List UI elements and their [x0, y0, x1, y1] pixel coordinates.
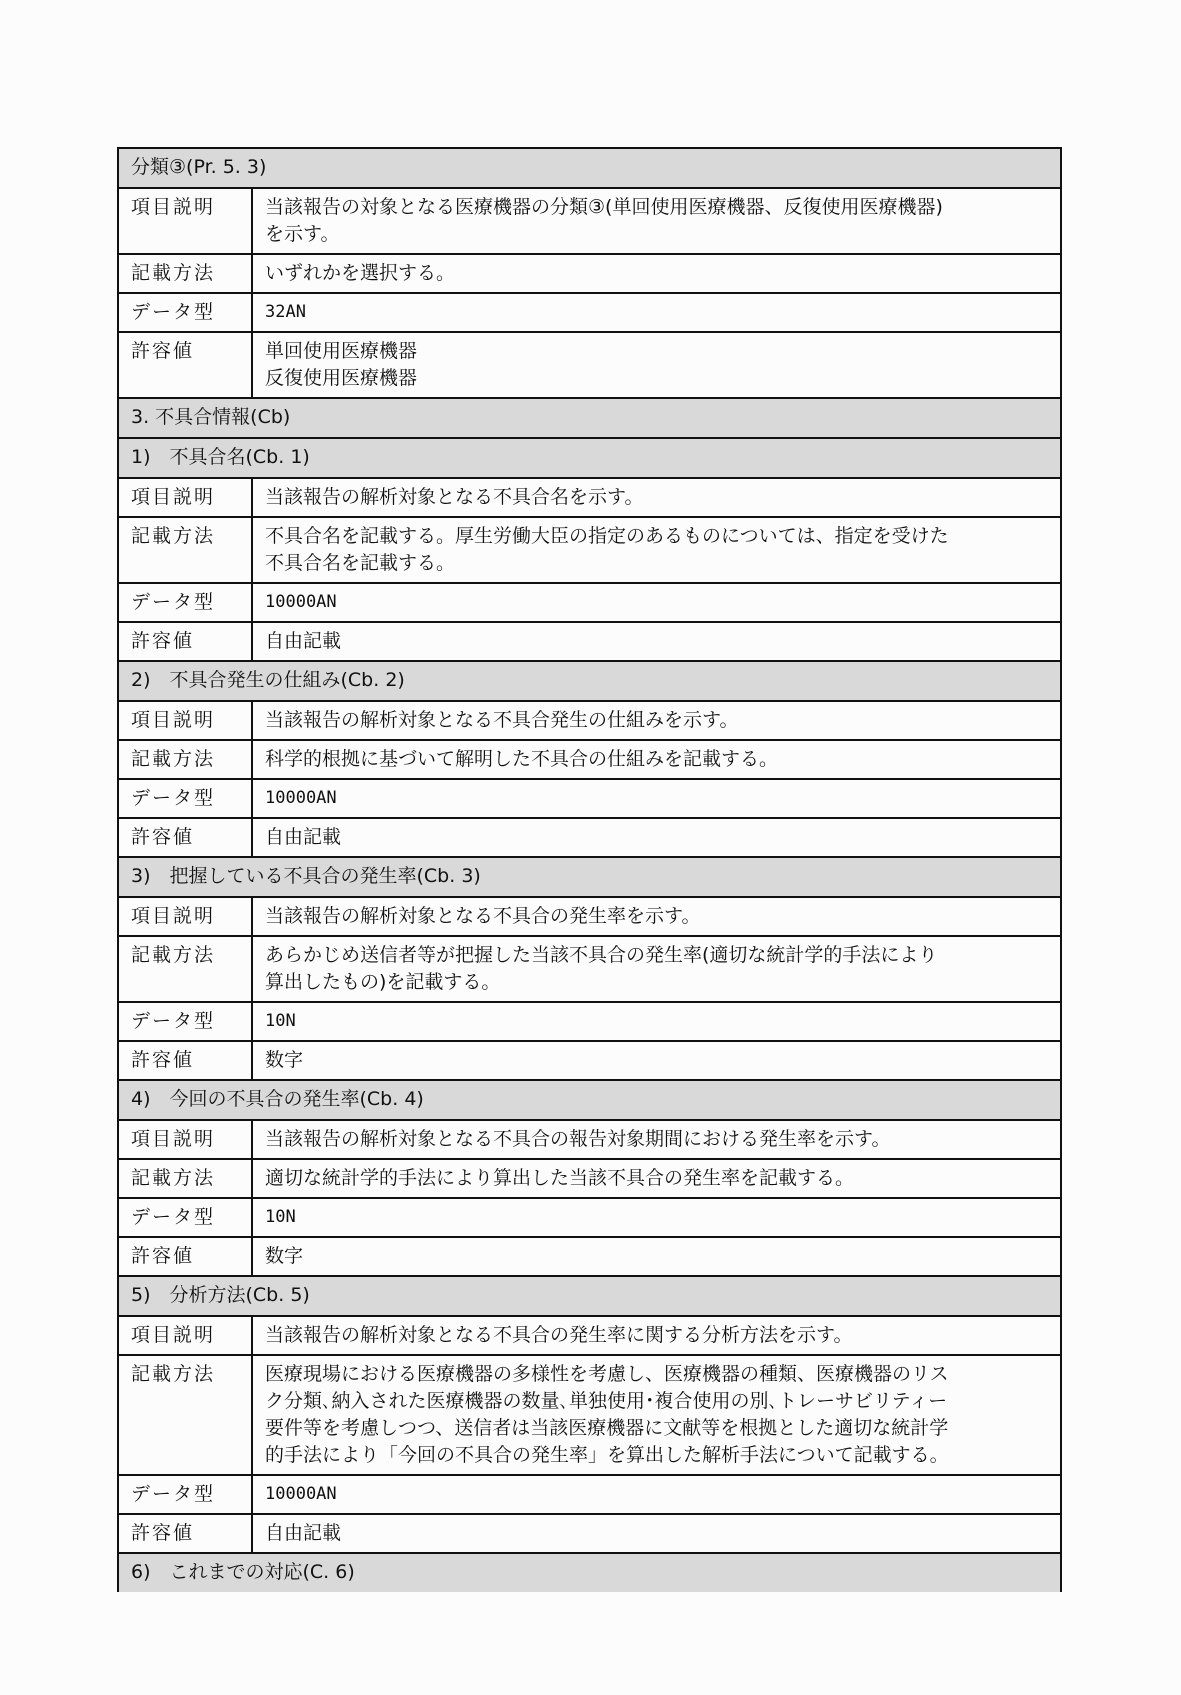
field-label: 許容値	[118, 1237, 252, 1276]
field-value: 10N	[252, 1002, 1061, 1041]
field-label: 記載方法	[118, 517, 252, 583]
field-row-allowed-values: 許容値 自由記載	[118, 818, 1061, 857]
specification-table: 分類③(Pr. 5. 3) 項目説明 当該報告の対象となる医療機器の分類③(単回…	[117, 147, 1062, 1592]
field-row-datatype: データ型 10N	[118, 1002, 1061, 1041]
field-value: 医療現場における医療機器の多様性を考慮し、医療機器の種類、医療機器のリスク分類､…	[252, 1355, 1061, 1475]
section-header-defect-name: 1) 不具合名(Cb. 1)	[118, 438, 1061, 478]
field-label: 許容値	[118, 332, 252, 398]
field-row-method: 記載方法 いずれかを選択する。	[118, 254, 1061, 293]
field-value: 自由記載	[252, 622, 1061, 661]
field-row-datatype: データ型 32AN	[118, 293, 1061, 332]
section-header-current-incidence-rate: 4) 今回の不具合の発生率(Cb. 4)	[118, 1080, 1061, 1120]
section-heading: 2) 不具合発生の仕組み(Cb. 2)	[118, 661, 1061, 701]
field-label: データ型	[118, 1475, 252, 1514]
field-row-datatype: データ型 10000AN	[118, 1475, 1061, 1514]
field-value: 単回使用医療機器反復使用医療機器	[252, 332, 1061, 398]
section-header-defect-info: 3. 不具合情報(Cb)	[118, 398, 1061, 438]
field-value: 数字	[252, 1041, 1061, 1080]
field-label: 記載方法	[118, 936, 252, 1002]
field-value: 当該報告の対象となる医療機器の分類③(単回使用医療機器、反復使用医療機器)を示す…	[252, 188, 1061, 254]
field-label: 許容値	[118, 622, 252, 661]
field-row-allowed-values: 許容値 自由記載	[118, 622, 1061, 661]
field-value: 自由記載	[252, 818, 1061, 857]
section-heading: 1) 不具合名(Cb. 1)	[118, 438, 1061, 478]
field-value: 32AN	[252, 293, 1061, 332]
field-value: 10000AN	[252, 1475, 1061, 1514]
field-label: 項目説明	[118, 1120, 252, 1159]
field-label: 項目説明	[118, 701, 252, 740]
section-header-analysis-method: 5) 分析方法(Cb. 5)	[118, 1276, 1061, 1316]
field-value: 数字	[252, 1237, 1061, 1276]
field-value: 科学的根拠に基づいて解明した不具合の仕組みを記載する。	[252, 740, 1061, 779]
field-row-description: 項目説明 当該報告の対象となる医療機器の分類③(単回使用医療機器、反復使用医療機…	[118, 188, 1061, 254]
section-header-classification-3: 分類③(Pr. 5. 3)	[118, 148, 1061, 188]
field-value: 自由記載	[252, 1514, 1061, 1553]
field-row-allowed-values: 許容値 自由記載	[118, 1514, 1061, 1553]
section-heading: 3. 不具合情報(Cb)	[118, 398, 1061, 438]
field-row-description: 項目説明 当該報告の解析対象となる不具合の報告対象期間における発生率を示す。	[118, 1120, 1061, 1159]
field-row-method: 記載方法 医療現場における医療機器の多様性を考慮し、医療機器の種類、医療機器のリ…	[118, 1355, 1061, 1475]
section-header-defect-mechanism: 2) 不具合発生の仕組み(Cb. 2)	[118, 661, 1061, 701]
section-heading: 3) 把握している不具合の発生率(Cb. 3)	[118, 857, 1061, 897]
field-label: データ型	[118, 583, 252, 622]
field-row-method: 記載方法 あらかじめ送信者等が把握した当該不具合の発生率(適切な統計学的手法によ…	[118, 936, 1061, 1002]
field-row-allowed-values: 許容値 数字	[118, 1237, 1061, 1276]
field-label: 項目説明	[118, 1316, 252, 1355]
field-label: 記載方法	[118, 254, 252, 293]
field-label: 記載方法	[118, 740, 252, 779]
field-value: 10N	[252, 1198, 1061, 1237]
field-label: 許容値	[118, 1514, 252, 1553]
field-row-datatype: データ型 10N	[118, 1198, 1061, 1237]
field-value: 当該報告の解析対象となる不具合の報告対象期間における発生率を示す。	[252, 1120, 1061, 1159]
field-value: 10000AN	[252, 779, 1061, 818]
field-row-description: 項目説明 当該報告の解析対象となる不具合名を示す。	[118, 478, 1061, 517]
section-heading: 4) 今回の不具合の発生率(Cb. 4)	[118, 1080, 1061, 1120]
field-value: 当該報告の解析対象となる不具合発生の仕組みを示す。	[252, 701, 1061, 740]
field-label: 記載方法	[118, 1355, 252, 1475]
field-row-method: 記載方法 適切な統計学的手法により算出した当該不具合の発生率を記載する。	[118, 1159, 1061, 1198]
field-value: あらかじめ送信者等が把握した当該不具合の発生率(適切な統計学的手法により算出した…	[252, 936, 1061, 1002]
field-label: 記載方法	[118, 1159, 252, 1198]
field-value: 当該報告の解析対象となる不具合の発生率に関する分析方法を示す。	[252, 1316, 1061, 1355]
field-row-allowed-values: 許容値 数字	[118, 1041, 1061, 1080]
field-row-allowed-values: 許容値 単回使用医療機器反復使用医療機器	[118, 332, 1061, 398]
field-label: データ型	[118, 1002, 252, 1041]
field-row-description: 項目説明 当該報告の解析対象となる不具合発生の仕組みを示す。	[118, 701, 1061, 740]
field-label: 項目説明	[118, 897, 252, 936]
section-header-prior-response: 6) これまでの対応(C. 6)	[118, 1553, 1061, 1592]
field-value: 10000AN	[252, 583, 1061, 622]
field-value: いずれかを選択する。	[252, 254, 1061, 293]
field-value: 当該報告の解析対象となる不具合の発生率を示す。	[252, 897, 1061, 936]
section-heading: 6) これまでの対応(C. 6)	[118, 1553, 1061, 1592]
field-label: データ型	[118, 293, 252, 332]
field-value: 適切な統計学的手法により算出した当該不具合の発生率を記載する。	[252, 1159, 1061, 1198]
field-value: 不具合名を記載する。厚生労働大臣の指定のあるものについては、指定を受けた不具合名…	[252, 517, 1061, 583]
section-heading: 分類③(Pr. 5. 3)	[118, 148, 1061, 188]
field-row-method: 記載方法 科学的根拠に基づいて解明した不具合の仕組みを記載する。	[118, 740, 1061, 779]
section-header-known-incidence-rate: 3) 把握している不具合の発生率(Cb. 3)	[118, 857, 1061, 897]
field-row-datatype: データ型 10000AN	[118, 583, 1061, 622]
field-row-datatype: データ型 10000AN	[118, 779, 1061, 818]
section-heading: 5) 分析方法(Cb. 5)	[118, 1276, 1061, 1316]
field-row-method: 記載方法 不具合名を記載する。厚生労働大臣の指定のあるものについては、指定を受け…	[118, 517, 1061, 583]
field-label: データ型	[118, 1198, 252, 1237]
field-row-description: 項目説明 当該報告の解析対象となる不具合の発生率に関する分析方法を示す。	[118, 1316, 1061, 1355]
field-label: 許容値	[118, 818, 252, 857]
field-label: 項目説明	[118, 478, 252, 517]
field-label: 許容値	[118, 1041, 252, 1080]
field-label: 項目説明	[118, 188, 252, 254]
field-row-description: 項目説明 当該報告の解析対象となる不具合の発生率を示す。	[118, 897, 1061, 936]
field-value: 当該報告の解析対象となる不具合名を示す。	[252, 478, 1061, 517]
field-label: データ型	[118, 779, 252, 818]
